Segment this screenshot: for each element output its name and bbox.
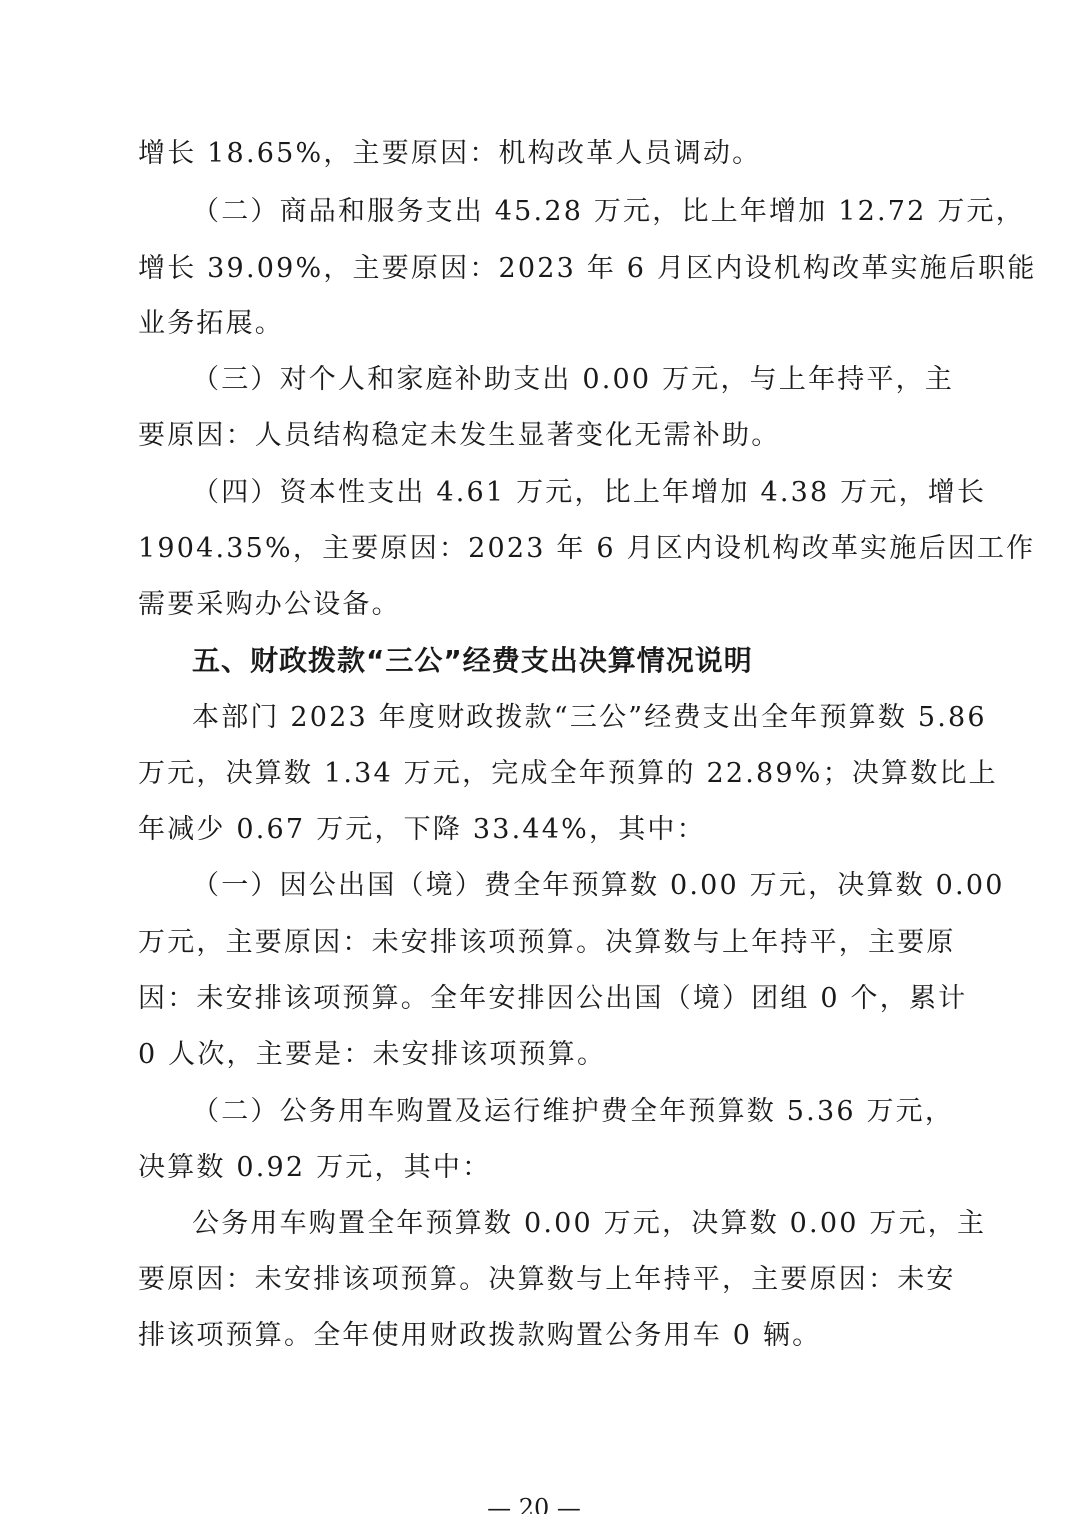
paragraph-line: 要原因：未安排该项预算。决算数与上年持平，主要原因：未安 <box>138 1264 938 1296</box>
paragraph-line: 1904.35%，主要原因：2023 年 6 月区内设机构改革实施后因工作 <box>138 533 938 565</box>
paragraph-line: 年减少 0.67 万元，下降 33.44%，其中： <box>138 814 938 846</box>
page-number: — 20 — <box>0 1494 1068 1514</box>
paragraph-line: （四）资本性支出 4.61 万元，比上年增加 4.38 万元，增长 <box>192 477 938 509</box>
paragraph-line: （一）因公出国（境）费全年预算数 0.00 万元，决算数 0.00 <box>192 870 938 902</box>
paragraph-line: 要原因：人员结构稳定未发生显著变化无需补助。 <box>138 420 938 452</box>
paragraph-line: 0 人次，主要是：未安排该项预算。 <box>138 1039 938 1071</box>
paragraph-line: 万元，决算数 1.34 万元，完成全年预算的 22.89%；决算数比上 <box>138 758 938 790</box>
paragraph-line: 增长 18.65%，主要原因：机构改革人员调动。 <box>138 138 938 170</box>
paragraph-line: （二）公务用车购置及运行维护费全年预算数 5.36 万元， <box>192 1096 938 1128</box>
paragraph-line: （二）商品和服务支出 45.28 万元，比上年增加 12.72 万元， <box>192 196 938 228</box>
paragraph-line: 业务拓展。 <box>138 308 938 340</box>
paragraph-line: 本部门 2023 年度财政拨款“三公”经费支出全年预算数 5.86 <box>192 702 938 734</box>
paragraph-line: 决算数 0.92 万元，其中： <box>138 1152 938 1184</box>
paragraph-line: 因：未安排该项预算。全年安排因公出国（境）团组 0 个，累计 <box>138 983 938 1015</box>
paragraph-line: 需要采购办公设备。 <box>138 589 938 621</box>
paragraph-line: 排该项预算。全年使用财政拨款购置公务用车 0 辆。 <box>138 1320 938 1352</box>
document-page: 增长 18.65%，主要原因：机构改革人员调动。 （二）商品和服务支出 45.2… <box>0 0 1068 1514</box>
section-heading: 五、财政拨款“三公”经费支出决算情况说明 <box>192 645 753 677</box>
paragraph-line: 增长 39.09%，主要原因：2023 年 6 月区内设机构改革实施后职能 <box>138 253 938 285</box>
paragraph-line: 公务用车购置全年预算数 0.00 万元，决算数 0.00 万元，主 <box>192 1208 938 1240</box>
paragraph-line: （三）对个人和家庭补助支出 0.00 万元，与上年持平，主 <box>192 364 938 396</box>
paragraph-line: 万元，主要原因：未安排该项预算。决算数与上年持平，主要原 <box>138 927 938 959</box>
